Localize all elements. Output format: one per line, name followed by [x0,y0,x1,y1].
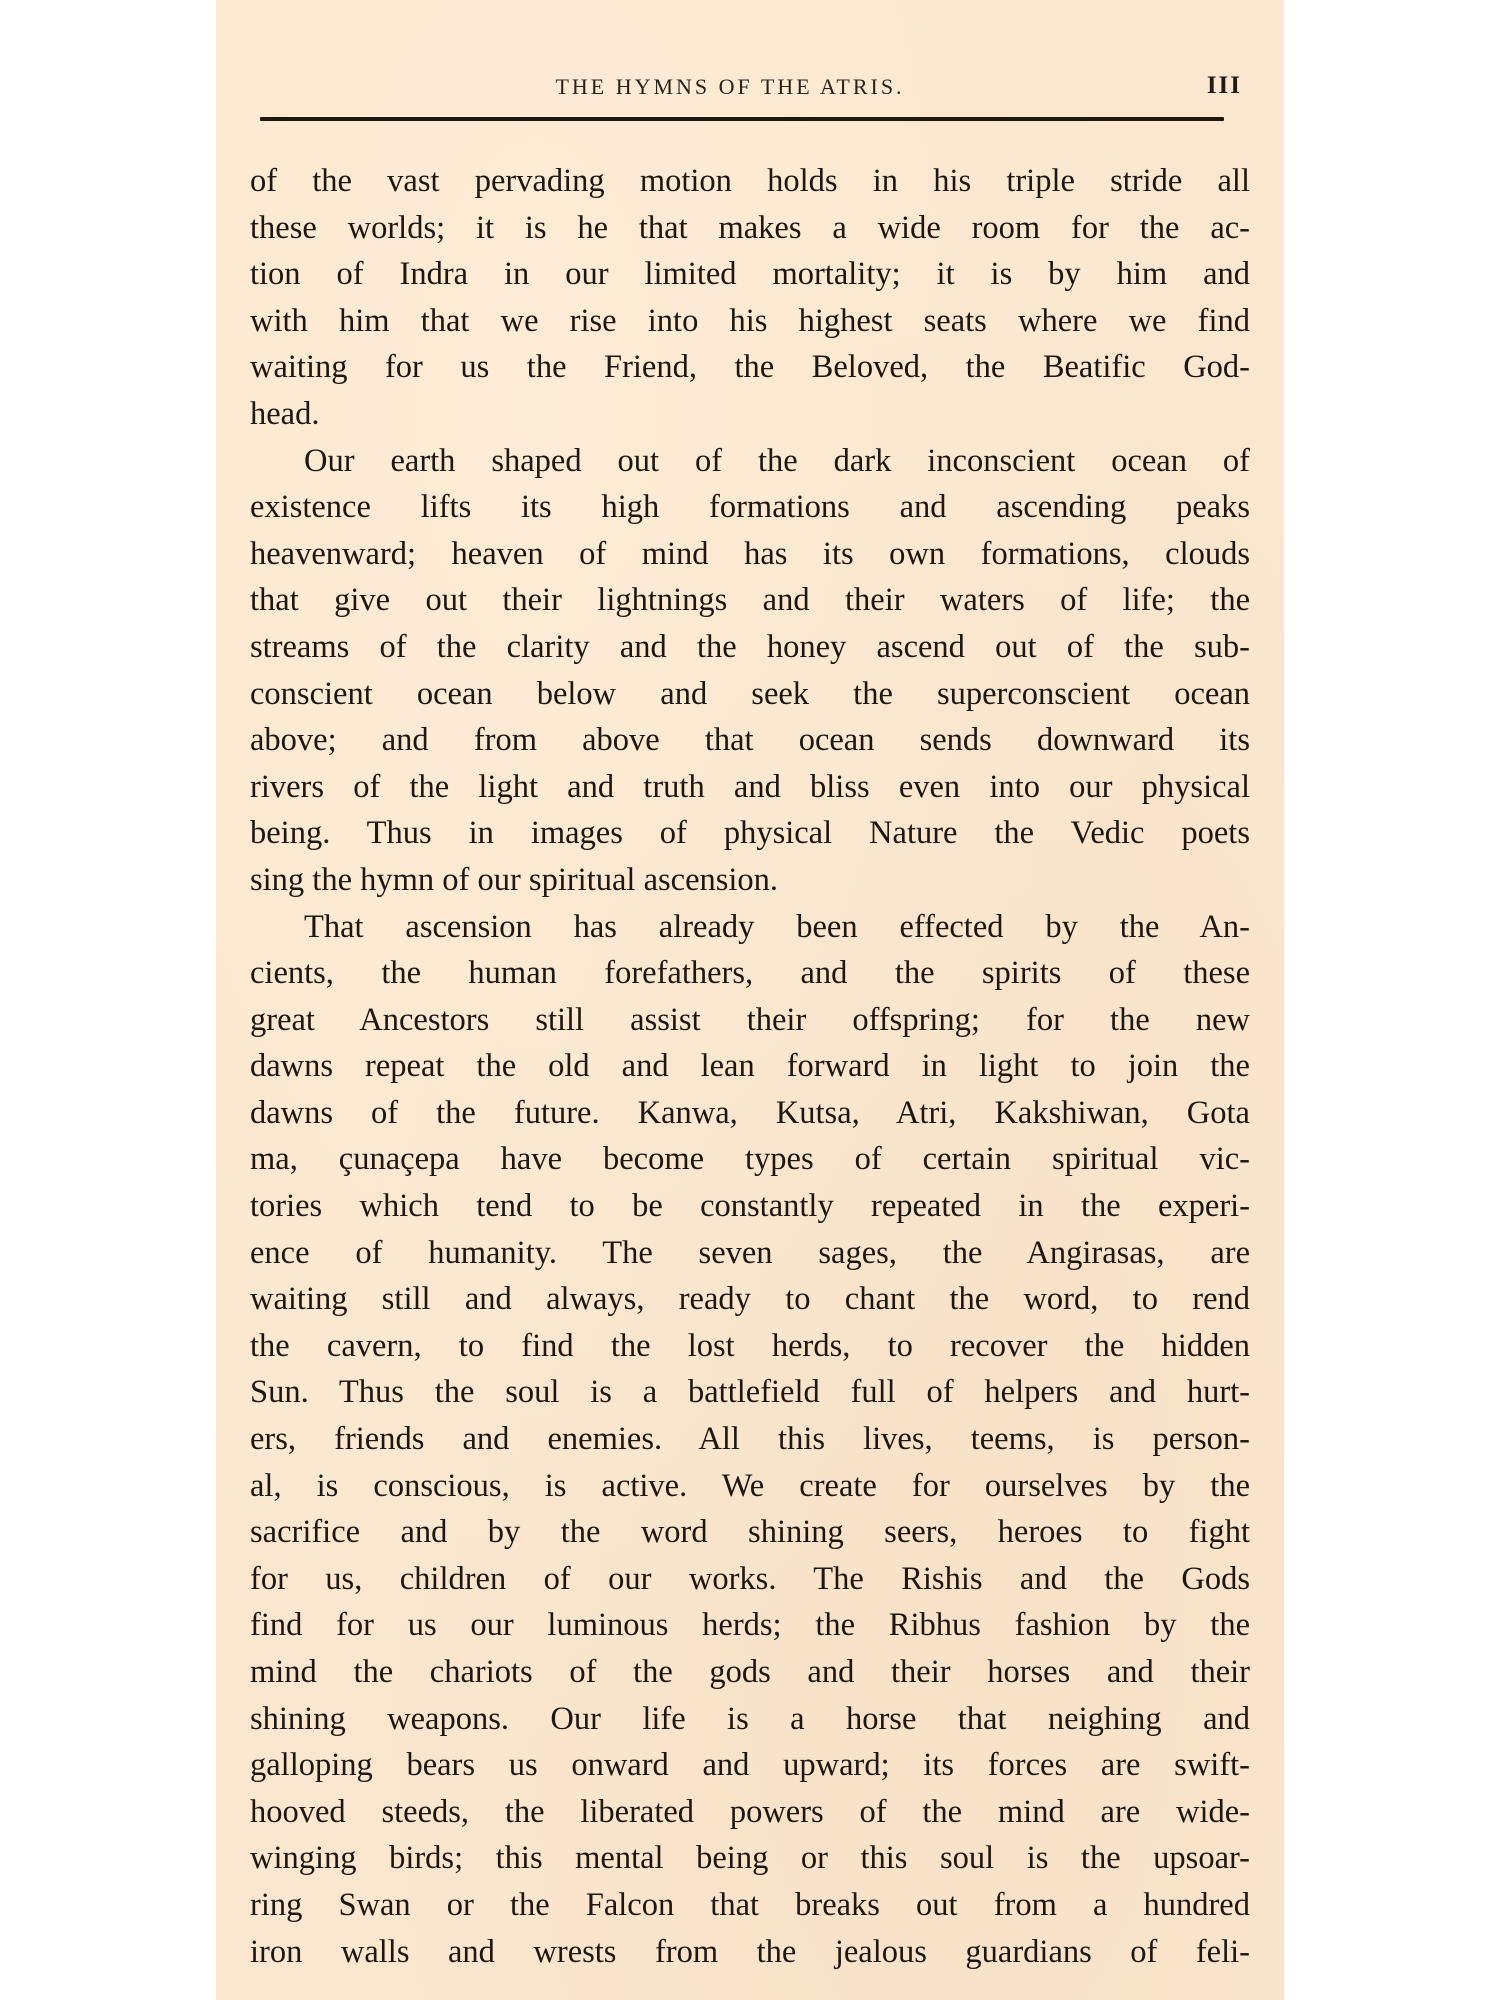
page-number: III [1207,72,1242,100]
text-line: being. Thus in images of physical Nature… [250,810,1250,857]
text-line: sacrifice and by the word shining seers,… [250,1509,1250,1556]
text-line: tories which tend to be constantly repea… [250,1183,1250,1230]
text-line: existence lifts its high formations and … [250,484,1250,531]
text-line: above; and from above that ocean sends d… [250,717,1250,764]
paragraph-3: That ascension has already been effected… [250,904,1250,1976]
text-line: mind the chariots of the gods and their … [250,1649,1250,1696]
text-line: ma, çunaçepa have become types of certai… [250,1136,1250,1183]
paragraph-1: of the vast pervading motion holds in hi… [250,158,1250,438]
page-header: THE HYMNS OF THE ATRIS. III [260,70,1260,110]
text-line: ers, friends and enemies. All this lives… [250,1416,1250,1463]
text-line: hooved steeds, the liberated powers of t… [250,1789,1250,1836]
text-line: cients, the human forefathers, and the s… [250,950,1250,997]
text-line: galloping bears us onward and upward; it… [250,1742,1250,1789]
text-line: head. [250,391,1250,438]
text-line: sing the hymn of our spiritual ascension… [250,857,1250,904]
text-line: waiting still and always, ready to chant… [250,1276,1250,1323]
text-line: rivers of the light and truth and bliss … [250,764,1250,811]
text-line: iron walls and wrests from the jealous g… [250,1929,1250,1976]
text-line: these worlds; it is he that makes a wide… [250,205,1250,252]
text-line: streams of the clarity and the honey asc… [250,624,1250,671]
text-line: heavenward; heaven of mind has its own f… [250,531,1250,578]
text-line: ring Swan or the Falcon that breaks out … [250,1882,1250,1929]
header-rule [260,117,1224,121]
text-line: Our earth shaped out of the dark inconsc… [250,438,1250,485]
text-line: for us, children of our works. The Rishi… [250,1556,1250,1603]
body-text: of the vast pervading motion holds in hi… [250,158,1250,1975]
text-line: tion of Indra in our limited mortality; … [250,251,1250,298]
text-line: of the vast pervading motion holds in hi… [250,158,1250,205]
text-line: the cavern, to find the lost herds, to r… [250,1323,1250,1370]
text-line: winging birds; this mental being or this… [250,1835,1250,1882]
text-line: with him that we rise into his highest s… [250,298,1250,345]
text-line: find for us our luminous herds; the Ribh… [250,1602,1250,1649]
text-line: that give out their lightnings and their… [250,577,1250,624]
text-line: That ascension has already been effected… [250,904,1250,951]
text-line: dawns repeat the old and lean forward in… [250,1043,1250,1090]
book-page: THE HYMNS OF THE ATRIS. III of the vast … [216,0,1284,2000]
text-line: ence of humanity. The seven sages, the A… [250,1230,1250,1277]
text-line: dawns of the future. Kanwa, Kutsa, Atri,… [250,1090,1250,1137]
text-line: conscient ocean below and seek the super… [250,671,1250,718]
paragraph-2: Our earth shaped out of the dark inconsc… [250,438,1250,904]
text-line: Sun. Thus the soul is a battlefield full… [250,1369,1250,1416]
running-title: THE HYMNS OF THE ATRIS. [260,74,1200,100]
text-line: shining weapons. Our life is a horse tha… [250,1696,1250,1743]
text-line: waiting for us the Friend, the Beloved, … [250,344,1250,391]
text-line: al, is conscious, is active. We create f… [250,1463,1250,1510]
text-line: great Ancestors still assist their offsp… [250,997,1250,1044]
